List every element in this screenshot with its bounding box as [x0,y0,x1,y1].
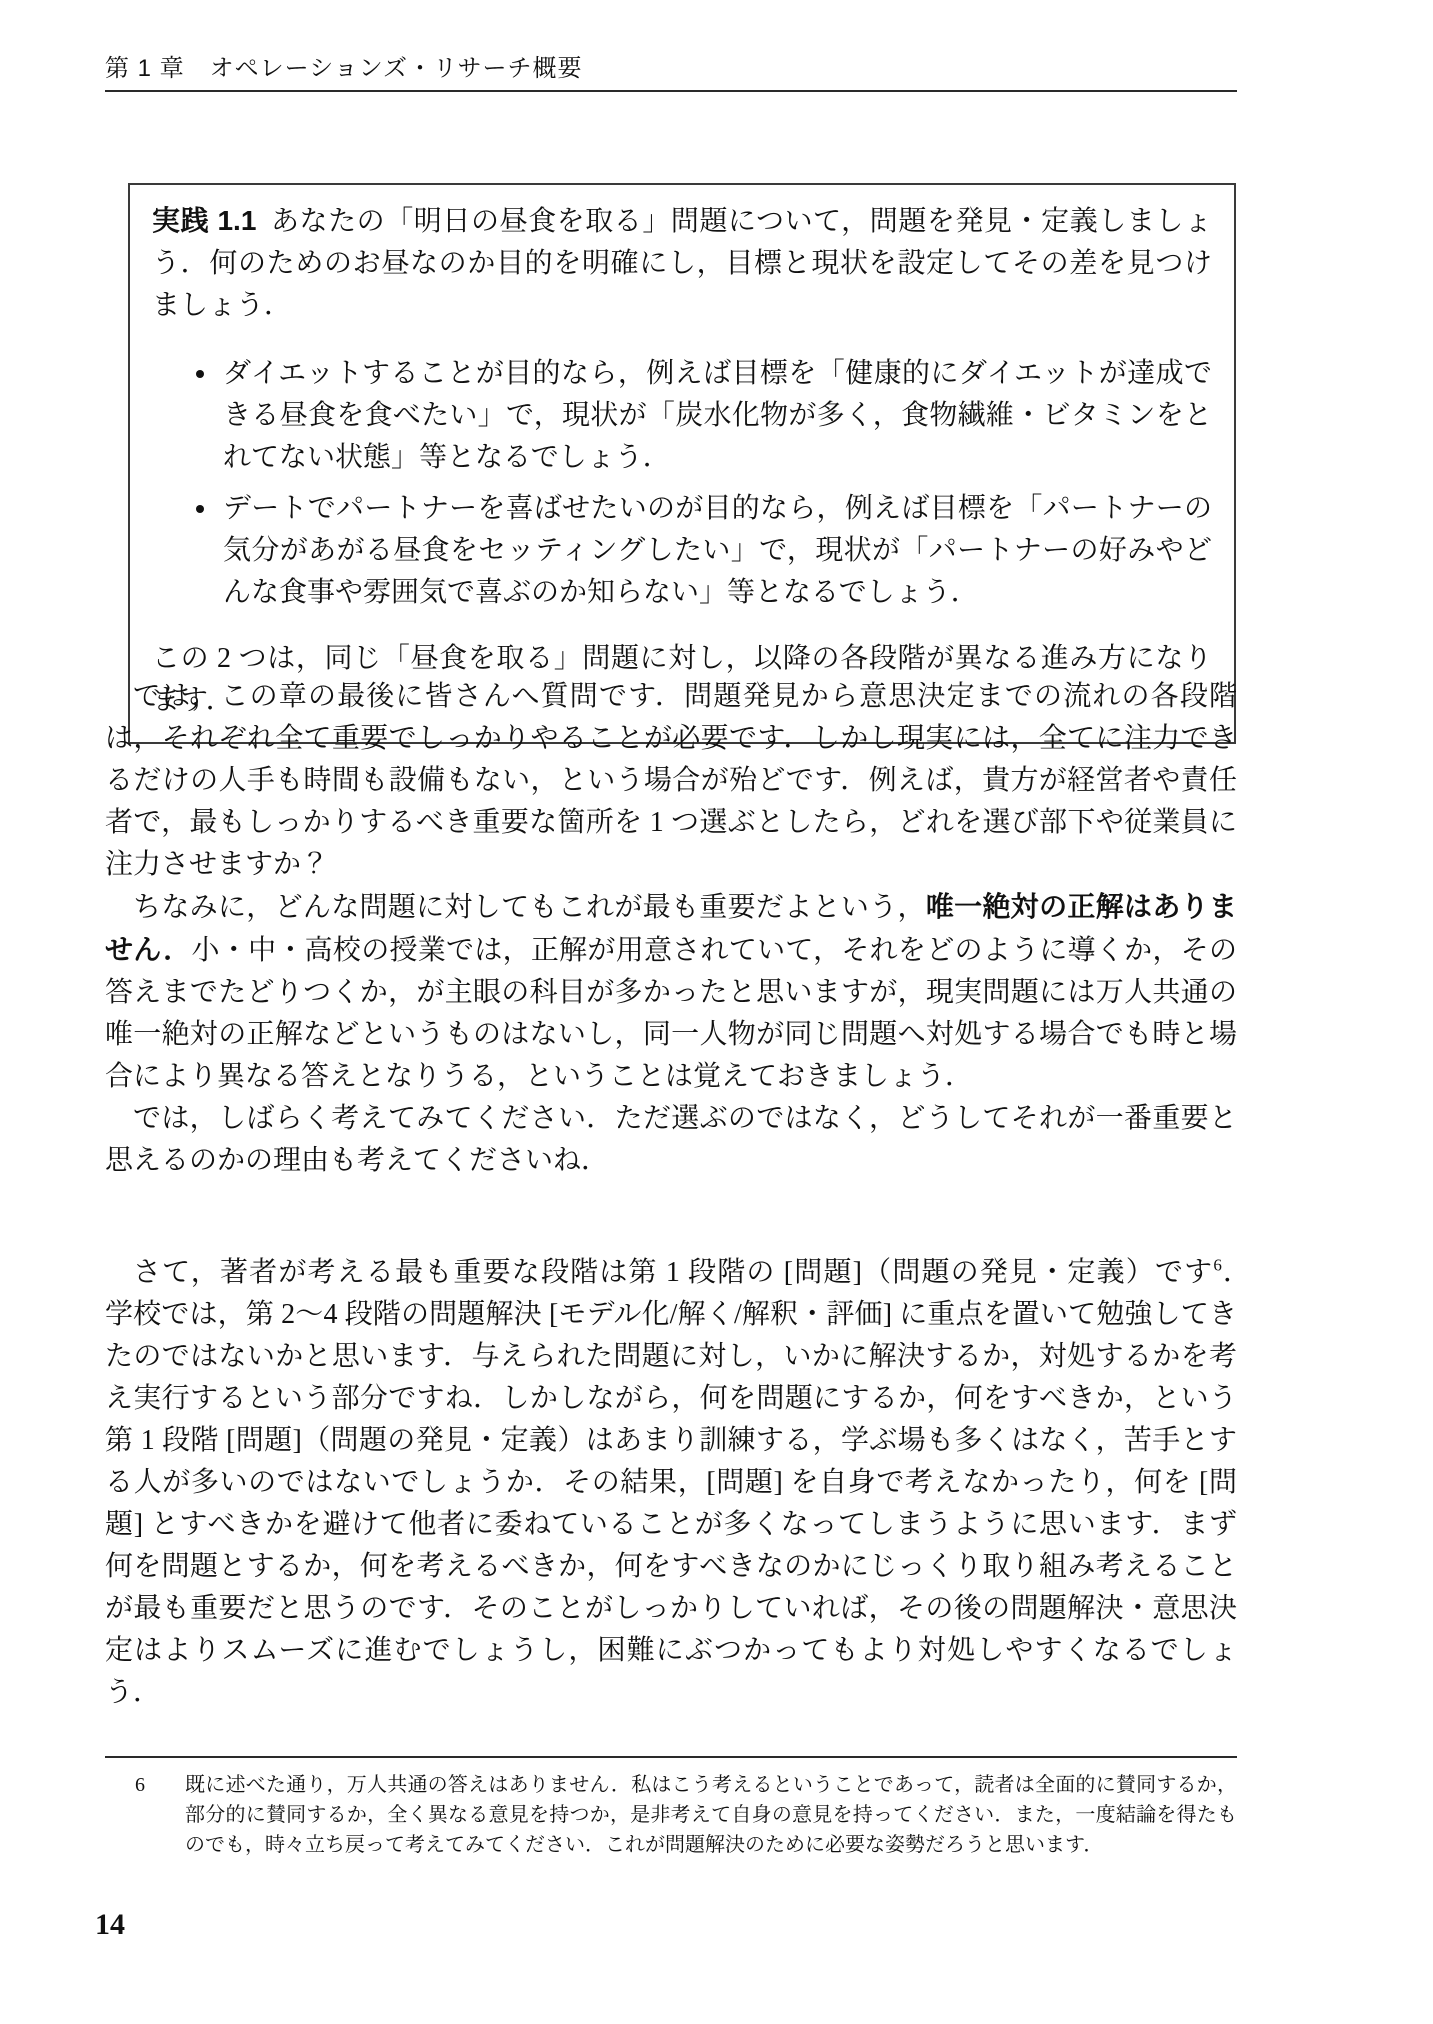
practice-box-intro: 実践 1.1あなたの「明日の昼食を取る」問題について，問題を発見・定義しましょう… [152,200,1212,327]
chapter-title: 第 1 章 オペレーションズ・リサーチ概要 [105,55,583,82]
list-item: ダイエットすることが目的なら，例えば目標を「健康的にダイエットが達成できる昼食を… [219,353,1212,479]
practice-box: 実践 1.1あなたの「明日の昼食を取る」問題について，問題を発見・定義しましょう… [128,183,1236,744]
main-text: では，この章の最後に皆さんへ質問です．問題発見から意思決定までの流れの各段階は，… [105,676,1237,1714]
footnote-reference-6: 6 [1213,1256,1222,1275]
paragraph-3: では，しばらく考えてみてください．ただ選ぶのではなく，どうしてそれが一番重要と思… [105,1098,1237,1182]
paragraph-2-lead: ちなみに，どんな問題に対してもこれが最も重要だよという， [133,892,926,923]
document-page: 第 1 章 オペレーションズ・リサーチ概要 実践 1.1あなたの「明日の昼食を取… [0,0,1433,2024]
paragraph-1: では，この章の最後に皆さんへ質問です．問題発見から意思決定までの流れの各段階は，… [105,676,1237,886]
list-item: デートでパートナーを喜ばせたいのが目的なら，例えば目標を「パートナーの気分があが… [219,488,1212,614]
practice-box-label: 実践 1.1 [152,205,270,236]
practice-box-bullet-list: ダイエットすることが目的なら，例えば目標を「健康的にダイエットが達成できる昼食を… [219,353,1212,614]
paragraph-2: ちなみに，どんな問題に対してもこれが最も重要だよという，唯一絶対の正解はありませ… [105,886,1237,1098]
practice-box-intro-text: あなたの「明日の昼食を取る」問題について，問題を発見・定義しましょう．何のための… [152,206,1212,321]
paragraph-4-rest: ． 学校では，第 2～4 段階の問題解決 [モデル化/解く/解釈・評価] に重点… [105,1257,1265,1708]
footnote-6: 6 既に述べた通り，万人共通の答えはありません．私はこう考えるということであって… [105,1770,1237,1860]
footnote-area: 6 既に述べた通り，万人共通の答えはありません．私はこう考えるということであって… [105,1756,1237,1860]
footnote-text: 既に述べた通り，万人共通の答えはありません．私はこう考えるということであって，読… [185,1770,1237,1860]
paragraph-2-rest: 小・中・高校の授業では，正解が用意されていて，それをどのように導くか，その答えま… [105,935,1237,1092]
footnote-marker: 6 [105,1770,185,1860]
paragraph-4: さて，著者が考える最も重要な段階は第 1 段階の [問題]（問題の発見・定義）で… [105,1252,1237,1714]
page-number: 14 [95,1908,125,1942]
running-header: 第 1 章 オペレーションズ・リサーチ概要 [105,48,1237,92]
paragraph-4-lead: さて，著者が考える最も重要な段階は第 1 段階の [問題]（問題の発見・定義）で… [133,1257,1213,1288]
